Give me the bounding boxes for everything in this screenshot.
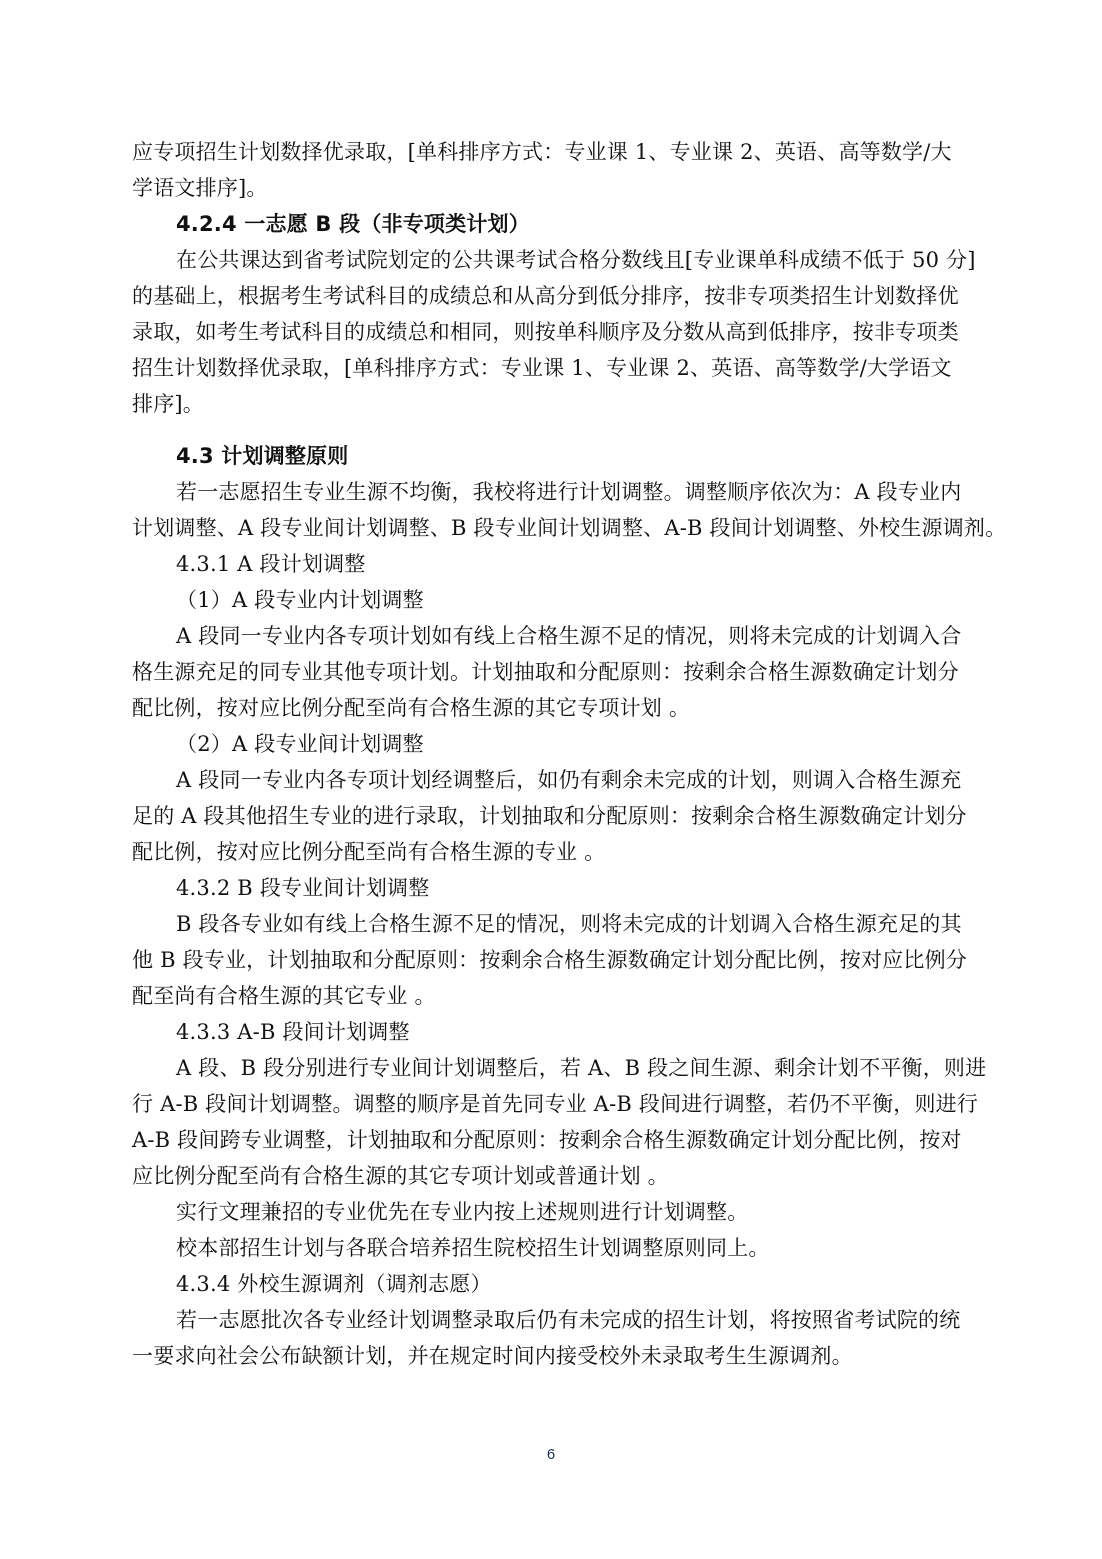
- paragraph-line: 他 B 段专业，计划抽取和分配原则：按剩余合格生源数确定计划分配比例，按对应比例…: [132, 942, 998, 978]
- paragraph-line: 若一志愿招生专业生源不均衡，我校将进行计划调整。调整顺序依次为：A 段专业内: [176, 474, 998, 510]
- paragraph-line: 学语文排序]。: [132, 170, 998, 206]
- paragraph-line: A-B 段间跨专业调整，计划抽取和分配原则：按剩余合格生源数确定计划分配比例，按…: [132, 1122, 998, 1158]
- paragraph-line: 格生源充足的同专业其他专项计划。计划抽取和分配原则：按剩余合格生源数确定计划分: [132, 654, 998, 690]
- paragraph-line: （2）A 段专业间计划调整: [176, 726, 998, 762]
- paragraph-line: 足的 A 段其他招生专业的进行录取，计划抽取和分配原则：按剩余合格生源数确定计划…: [132, 798, 998, 834]
- section-heading: 4.3 计划调整原则: [176, 438, 998, 474]
- paragraph-line: 的基础上，根据考生考试科目的成绩总和从高分到低分排序，按非专项类招生计划数择优: [132, 278, 998, 314]
- paragraph-line: 录取，如考生考试科目的成绩总和相同，则按单科顺序及分数从高到低排序，按非专项类: [132, 314, 998, 350]
- paragraph-line: 排序]。: [132, 386, 998, 422]
- paragraph-line: 行 A-B 段间计划调整。调整的顺序是首先同专业 A-B 段间进行调整，若仍不平…: [132, 1086, 998, 1122]
- paragraph-line: （1）A 段专业内计划调整: [176, 582, 998, 618]
- paragraph-line: 配比例，按对应比例分配至尚有合格生源的专业 。: [132, 834, 998, 870]
- paragraph-line: 4.3.2 B 段专业间计划调整: [176, 870, 998, 906]
- document-page: 应专项招生计划数择优录取，[单科排序方式：专业课 1、专业课 2、英语、高等数学…: [0, 0, 1102, 1559]
- page-number: 6: [0, 1446, 1102, 1463]
- paragraph-line: 应专项招生计划数择优录取，[单科排序方式：专业课 1、专业课 2、英语、高等数学…: [132, 134, 998, 170]
- paragraph-line: 计划调整、A 段专业间计划调整、B 段专业间计划调整、A-B 段间计划调整、外校…: [132, 510, 998, 546]
- paragraph-line: 在公共课达到省考试院划定的公共课考试合格分数线且[专业课单科成绩不低于 50 分…: [176, 242, 998, 278]
- paragraph-line: A 段、B 段分别进行专业间计划调整后，若 A、B 段之间生源、剩余计划不平衡，…: [176, 1050, 998, 1086]
- paragraph-line: 4.3.1 A 段计划调整: [176, 546, 998, 582]
- paragraph-line: 招生计划数择优录取，[单科排序方式：专业课 1、专业课 2、英语、高等数学/大学…: [132, 350, 998, 386]
- paragraph-line: 配至尚有合格生源的其它专业 。: [132, 978, 998, 1014]
- paragraph-line: 配比例，按对应比例分配至尚有合格生源的其它专项计划 。: [132, 690, 998, 726]
- paragraph-line: A 段同一专业内各专项计划经调整后，如仍有剩余未完成的计划，则调入合格生源充: [176, 762, 998, 798]
- paragraph-line: 一要求向社会公布缺额计划，并在规定时间内接受校外未录取考生生源调剂。: [132, 1338, 998, 1374]
- paragraph-line: 应比例分配至尚有合格生源的其它专项计划或普通计划 。: [132, 1158, 998, 1194]
- paragraph-line: 4.3.4 外校生源调剂（调剂志愿）: [176, 1266, 998, 1302]
- paragraph-line: 校本部招生计划与各联合培养招生院校招生计划调整原则同上。: [176, 1230, 998, 1266]
- paragraph-line: B 段各专业如有线上合格生源不足的情况，则将未完成的计划调入合格生源充足的其: [176, 906, 998, 942]
- paragraph-line: 4.3.3 A-B 段间计划调整: [176, 1014, 998, 1050]
- paragraph-line: A 段同一专业内各专项计划如有线上合格生源不足的情况，则将未完成的计划调入合: [176, 618, 998, 654]
- paragraph-line: 实行文理兼招的专业优先在专业内按上述规则进行计划调整。: [176, 1194, 998, 1230]
- section-heading: 4.2.4 一志愿 B 段（非专项类计划）: [176, 206, 998, 242]
- paragraph-line: 若一志愿批次各专业经计划调整录取后仍有未完成的招生计划，将按照省考试院的统: [176, 1302, 998, 1338]
